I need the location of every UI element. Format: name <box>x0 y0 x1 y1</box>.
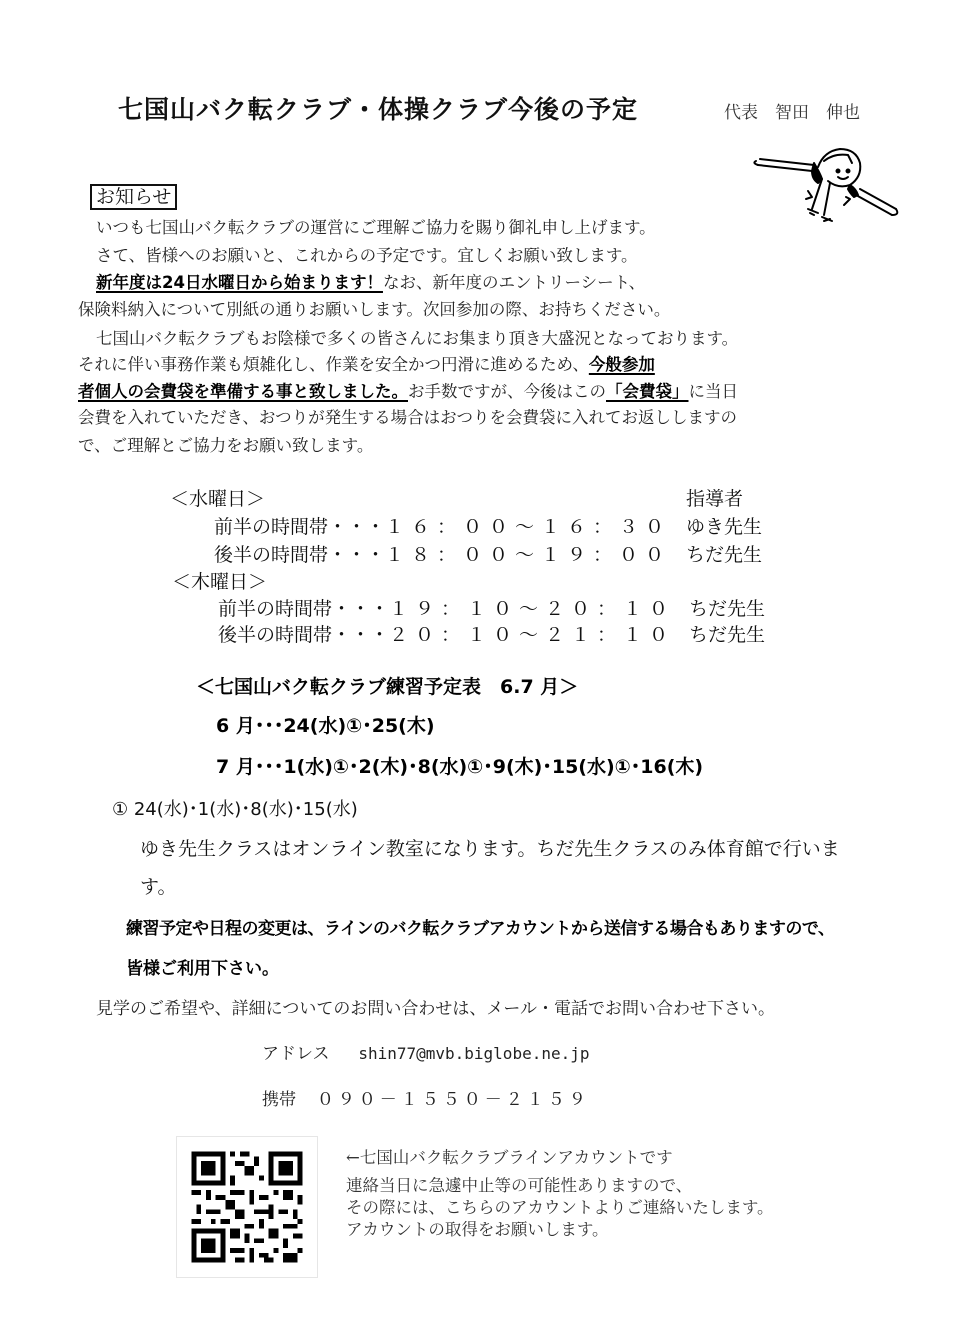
notice-badge: お知らせ <box>90 184 177 210</box>
schedule-row: 後半の時間帯・・・１８：００～１９：００ <box>214 540 671 567</box>
thursday-label: ＜木曜日＞ <box>172 567 267 594</box>
notice-line-2: さて、皆様へのお願いと、これからの予定です。宜しくお願い致します。 <box>96 242 638 266</box>
email-label: アドレス <box>262 1044 330 1064</box>
line-account-note-3: アカウントの取得をお願いします。 <box>346 1218 609 1242</box>
instructor-name: ちだ先生 <box>689 594 765 621</box>
notice-line-9: で、ご理解とご協力をお願い致します。 <box>78 432 373 456</box>
inquiry-text: 見学のご希望や、詳細についてのお問い合わせは、メール・電話でお問い合わせ下さい。 <box>96 994 775 1019</box>
schedule-change-note-2: 皆様ご利用下さい。 <box>126 954 279 979</box>
notice-line-4: 保険料納入について別紙の通りお願いします。次回参加の際、お持ちください。 <box>78 296 670 320</box>
practice-schedule-title: ＜七国山バク転クラブ練習予定表 6.7 月＞ <box>196 672 578 699</box>
notice-line-5: 七国山バク転クラブもお陰様で多くの皆さんにお集まり頂き大盛況となっております。 <box>96 325 738 349</box>
page-title: 七国山バク転クラブ・体操クラブ今後の予定 <box>118 90 638 126</box>
representative-name: 代表 智田 伸也 <box>724 98 860 123</box>
notice-line-7-end: に当日 <box>689 382 739 401</box>
notice-line-6-plain: それに伴い事務作業も煩雑化し、作業を安全かつ円滑に進めるため、 <box>78 355 589 374</box>
line-account-note-1: 連絡当日に急遽中止等の可能性ありますので、 <box>346 1174 692 1198</box>
email-address-link[interactable]: shin77@mvb.biglobe.ne.jp <box>358 1044 589 1063</box>
phone-number[interactable]: ０９０－１５５０－２１５９ <box>317 1090 590 1110</box>
schedule-row: 前半の時間帯・・・１９：１０～２０：１０ <box>218 594 675 621</box>
instructor-name: ちだ先生 <box>686 540 762 567</box>
instructor-header: 指導者 <box>686 484 743 511</box>
instructor-name: ゆき先生 <box>686 512 762 539</box>
fee-bag-emphasis: 者個人の会費袋を準備する事と致しました。 <box>78 382 408 401</box>
email-row: アドレス shin77@mvb.biglobe.ne.jp <box>262 1039 590 1064</box>
notice-line-3: 新年度は24日水曜日から始まります！なお、新年度のエントリーシート、 <box>96 269 645 293</box>
notice-line-6: それに伴い事務作業も煩雑化し、作業を安全かつ円滑に進めるため、今般参加 <box>78 351 655 375</box>
notice-line-8: 会費を入れていただき、おつりが発生する場合はおつりを会費袋に入れてお返ししますの <box>78 404 737 428</box>
instructor-name: ちだ先生 <box>689 620 765 647</box>
line-account-note-2: その際には、こちらのアカウントよりご連絡いたします。 <box>346 1196 774 1220</box>
phone-label: 携帯 <box>262 1090 296 1110</box>
line-account-caption: ←七国山バク転クラブラインアカウントです <box>346 1146 673 1170</box>
new-year-start-emphasis: 新年度は24日水曜日から始まります！ <box>96 273 383 292</box>
schedule-change-note-1: 練習予定や日程の変更は、ラインのバク転クラブアカウントから送信する場合もあります… <box>126 914 834 939</box>
notice-line-1: いつも七国山バク転クラブの運営にご理解ご協力を賜り御礼申し上げます。 <box>96 214 656 238</box>
online-class-note-2: す。 <box>140 872 176 899</box>
notice-line-7: 者個人の会費袋を準備する事と致しました。お手数ですが、今後はこの「会費袋」に当日 <box>78 378 738 402</box>
gymnast-illustration-icon <box>752 143 902 228</box>
notice-line-7-plain: お手数ですが、今後はこの <box>408 382 606 401</box>
june-dates: 6 月･･･24(水)①･25(木) <box>216 711 435 738</box>
schedule-row: 前半の時間帯・・・１６：００～１６：３０ <box>214 512 671 539</box>
online-class-note-1: ゆき先生クラスはオンライン教室になります。ちだ先生クラスのみ体育館で行いま <box>140 834 840 861</box>
phone-row: 携帯 ０９０－１５５０－２１５９ <box>262 1085 590 1110</box>
online-dates-note: ① 24(水)･1(水)･8(水)･15(水) <box>112 795 358 821</box>
line-qr-code-icon[interactable] <box>176 1136 318 1278</box>
notice-line-6-emphasis: 今般参加 <box>589 355 655 374</box>
july-dates: 7 月･･･1(水)①･2(木)･8(水)①･9(木)･15(水)①･16(木) <box>216 752 703 779</box>
notice-line-3-rest: なお、新年度のエントリーシート、 <box>383 273 645 292</box>
fee-bag-label: 「会費袋」 <box>606 382 689 401</box>
schedule-row: 後半の時間帯・・・２０：１０～２１：１０ <box>218 620 675 647</box>
wednesday-label: ＜水曜日＞ <box>170 484 265 511</box>
